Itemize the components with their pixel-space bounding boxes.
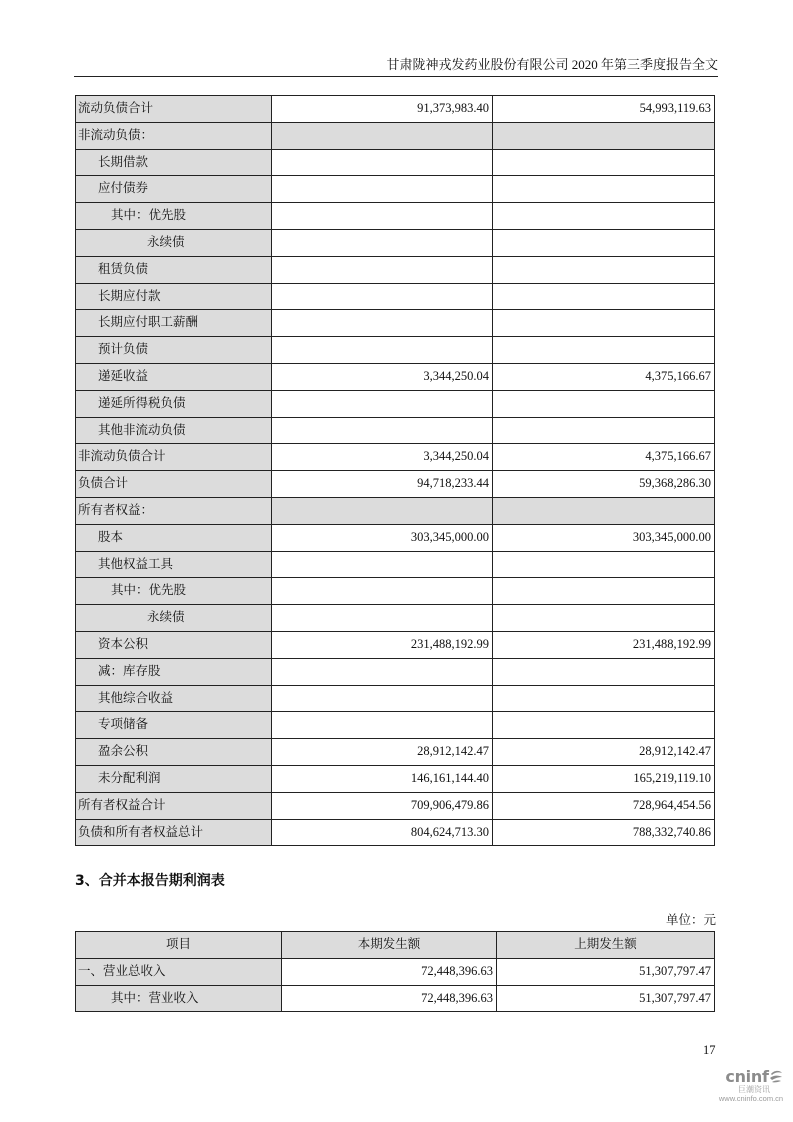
balance-sheet-table: 流动负债合计91,373,983.4054,993,119.63非流动负债：长期… [75, 95, 715, 846]
previous-value: 788,332,740.86 [493, 819, 715, 846]
current-value [272, 203, 493, 230]
previous-value [493, 712, 715, 739]
logo-swirl-icon [769, 1070, 783, 1083]
previous-value: 728,964,454.56 [493, 792, 715, 819]
previous-value: 165,219,119.10 [493, 765, 715, 792]
current-value [272, 176, 493, 203]
table-row: 递延收益3,344,250.044,375,166.67 [76, 363, 715, 390]
table-row: 长期应付款 [76, 283, 715, 310]
table-row: 负债和所有者权益总计804,624,713.30788,332,740.86 [76, 819, 715, 846]
row-label: 长期借款 [76, 149, 272, 176]
table-row: 预计负债 [76, 337, 715, 364]
current-value [272, 551, 493, 578]
current-value: 94,718,233.44 [272, 471, 493, 498]
cninfo-logo: cninf 巨潮资讯 www.cninfo.com.cn [718, 1068, 790, 1103]
column-header-previous: 上期发生额 [497, 932, 715, 959]
previous-value [493, 256, 715, 283]
current-value [272, 310, 493, 337]
row-label: 专项储备 [76, 712, 272, 739]
current-value [272, 417, 493, 444]
previous-value [493, 390, 715, 417]
previous-value [493, 310, 715, 337]
current-value: 28,912,142.47 [272, 739, 493, 766]
header-divider [74, 76, 718, 77]
previous-value: 231,488,192.99 [493, 631, 715, 658]
row-label: 预计负债 [76, 337, 272, 364]
previous-value: 4,375,166.67 [493, 444, 715, 471]
row-label: 长期应付款 [76, 283, 272, 310]
table-row: 所有者权益合计709,906,479.86728,964,454.56 [76, 792, 715, 819]
table-row: 专项储备 [76, 712, 715, 739]
table-row: 应付债券 [76, 176, 715, 203]
table-row: 其他综合收益 [76, 685, 715, 712]
previous-value: 303,345,000.00 [493, 524, 715, 551]
current-value [272, 712, 493, 739]
current-value: 231,488,192.99 [272, 631, 493, 658]
current-value [272, 685, 493, 712]
table-row: 负债合计94,718,233.4459,368,286.30 [76, 471, 715, 498]
table-row: 其中：优先股 [76, 578, 715, 605]
current-value [272, 256, 493, 283]
table-row: 永续债 [76, 229, 715, 256]
previous-value: 59,368,286.30 [493, 471, 715, 498]
column-header-item: 项目 [76, 932, 282, 959]
logo-wordmark: cninf [718, 1068, 790, 1085]
table-header-row: 项目 本期发生额 上期发生额 [76, 932, 715, 959]
row-label: 一、营业总收入 [76, 958, 282, 985]
current-value: 303,345,000.00 [272, 524, 493, 551]
column-header-current: 本期发生额 [282, 932, 497, 959]
previous-value [493, 176, 715, 203]
row-label: 其他非流动负债 [76, 417, 272, 444]
table-row: 减：库存股 [76, 658, 715, 685]
previous-value: 28,912,142.47 [493, 739, 715, 766]
row-label: 租赁负债 [76, 256, 272, 283]
previous-value [493, 149, 715, 176]
table-row: 其中：营业收入 72,448,396.63 51,307,797.47 [76, 985, 715, 1012]
previous-value [493, 578, 715, 605]
table-row: 流动负债合计91,373,983.4054,993,119.63 [76, 96, 715, 123]
current-value [272, 390, 493, 417]
current-value [272, 149, 493, 176]
previous-value [493, 497, 715, 524]
previous-value: 51,307,797.47 [497, 985, 715, 1012]
table-row: 一、营业总收入 72,448,396.63 51,307,797.47 [76, 958, 715, 985]
previous-value: 4,375,166.67 [493, 363, 715, 390]
table-row: 资本公积231,488,192.99231,488,192.99 [76, 631, 715, 658]
current-value [272, 658, 493, 685]
row-label: 流动负债合计 [76, 96, 272, 123]
row-label: 其中：优先股 [76, 203, 272, 230]
current-value: 709,906,479.86 [272, 792, 493, 819]
row-label: 资本公积 [76, 631, 272, 658]
income-statement-table: 项目 本期发生额 上期发生额 一、营业总收入 72,448,396.63 51,… [75, 931, 715, 1012]
previous-value: 51,307,797.47 [497, 958, 715, 985]
table-row: 其他非流动负债 [76, 417, 715, 444]
row-label: 股本 [76, 524, 272, 551]
current-value [272, 605, 493, 632]
previous-value [493, 685, 715, 712]
row-label: 永续债 [76, 605, 272, 632]
table-row: 非流动负债： [76, 122, 715, 149]
row-label: 长期应付职工薪酬 [76, 310, 272, 337]
previous-value [493, 551, 715, 578]
unit-label: 单位：元 [666, 910, 716, 928]
current-value [272, 578, 493, 605]
current-value: 146,161,144.40 [272, 765, 493, 792]
table-row: 永续债 [76, 605, 715, 632]
row-label: 所有者权益合计 [76, 792, 272, 819]
logo-url: www.cninfo.com.cn [712, 1094, 790, 1103]
current-value [272, 497, 493, 524]
current-value [272, 229, 493, 256]
current-value: 804,624,713.30 [272, 819, 493, 846]
current-value: 3,344,250.04 [272, 444, 493, 471]
table-row: 未分配利润146,161,144.40165,219,119.10 [76, 765, 715, 792]
table-row: 其他权益工具 [76, 551, 715, 578]
row-label: 应付债券 [76, 176, 272, 203]
previous-value: 54,993,119.63 [493, 96, 715, 123]
current-value [272, 283, 493, 310]
previous-value [493, 229, 715, 256]
row-label: 所有者权益： [76, 497, 272, 524]
previous-value [493, 417, 715, 444]
document-header: 甘肃陇神戎发药业股份有限公司 2020 年第三季度报告全文 [75, 56, 718, 74]
previous-value [493, 605, 715, 632]
current-value [272, 122, 493, 149]
row-label: 其他权益工具 [76, 551, 272, 578]
current-value: 91,373,983.40 [272, 96, 493, 123]
table-row: 非流动负债合计3,344,250.044,375,166.67 [76, 444, 715, 471]
current-value: 3,344,250.04 [272, 363, 493, 390]
current-value [272, 337, 493, 364]
table-row: 递延所得税负债 [76, 390, 715, 417]
table-row: 其中：优先股 [76, 203, 715, 230]
page-number: 17 [703, 1043, 716, 1058]
current-value: 72,448,396.63 [282, 985, 497, 1012]
row-label: 递延所得税负债 [76, 390, 272, 417]
table-row: 股本303,345,000.00303,345,000.00 [76, 524, 715, 551]
row-label: 非流动负债： [76, 122, 272, 149]
row-label: 减：库存股 [76, 658, 272, 685]
logo-chinese-name: 巨潮资讯 [718, 1085, 790, 1094]
row-label: 其他综合收益 [76, 685, 272, 712]
section-title: 3、合并本报告期利润表 [75, 870, 225, 890]
row-label: 非流动负债合计 [76, 444, 272, 471]
previous-value [493, 283, 715, 310]
row-label: 负债和所有者权益总计 [76, 819, 272, 846]
row-label: 未分配利润 [76, 765, 272, 792]
previous-value [493, 337, 715, 364]
table-row: 长期应付职工薪酬 [76, 310, 715, 337]
table-row: 租赁负债 [76, 256, 715, 283]
current-value: 72,448,396.63 [282, 958, 497, 985]
previous-value [493, 658, 715, 685]
row-label: 其中：优先股 [76, 578, 272, 605]
table-row: 长期借款 [76, 149, 715, 176]
row-label: 其中：营业收入 [76, 985, 282, 1012]
row-label: 永续债 [76, 229, 272, 256]
table-row: 所有者权益： [76, 497, 715, 524]
row-label: 递延收益 [76, 363, 272, 390]
table-row: 盈余公积28,912,142.4728,912,142.47 [76, 739, 715, 766]
previous-value [493, 203, 715, 230]
previous-value [493, 122, 715, 149]
logo-text: cninf [725, 1067, 768, 1086]
row-label: 盈余公积 [76, 739, 272, 766]
row-label: 负债合计 [76, 471, 272, 498]
